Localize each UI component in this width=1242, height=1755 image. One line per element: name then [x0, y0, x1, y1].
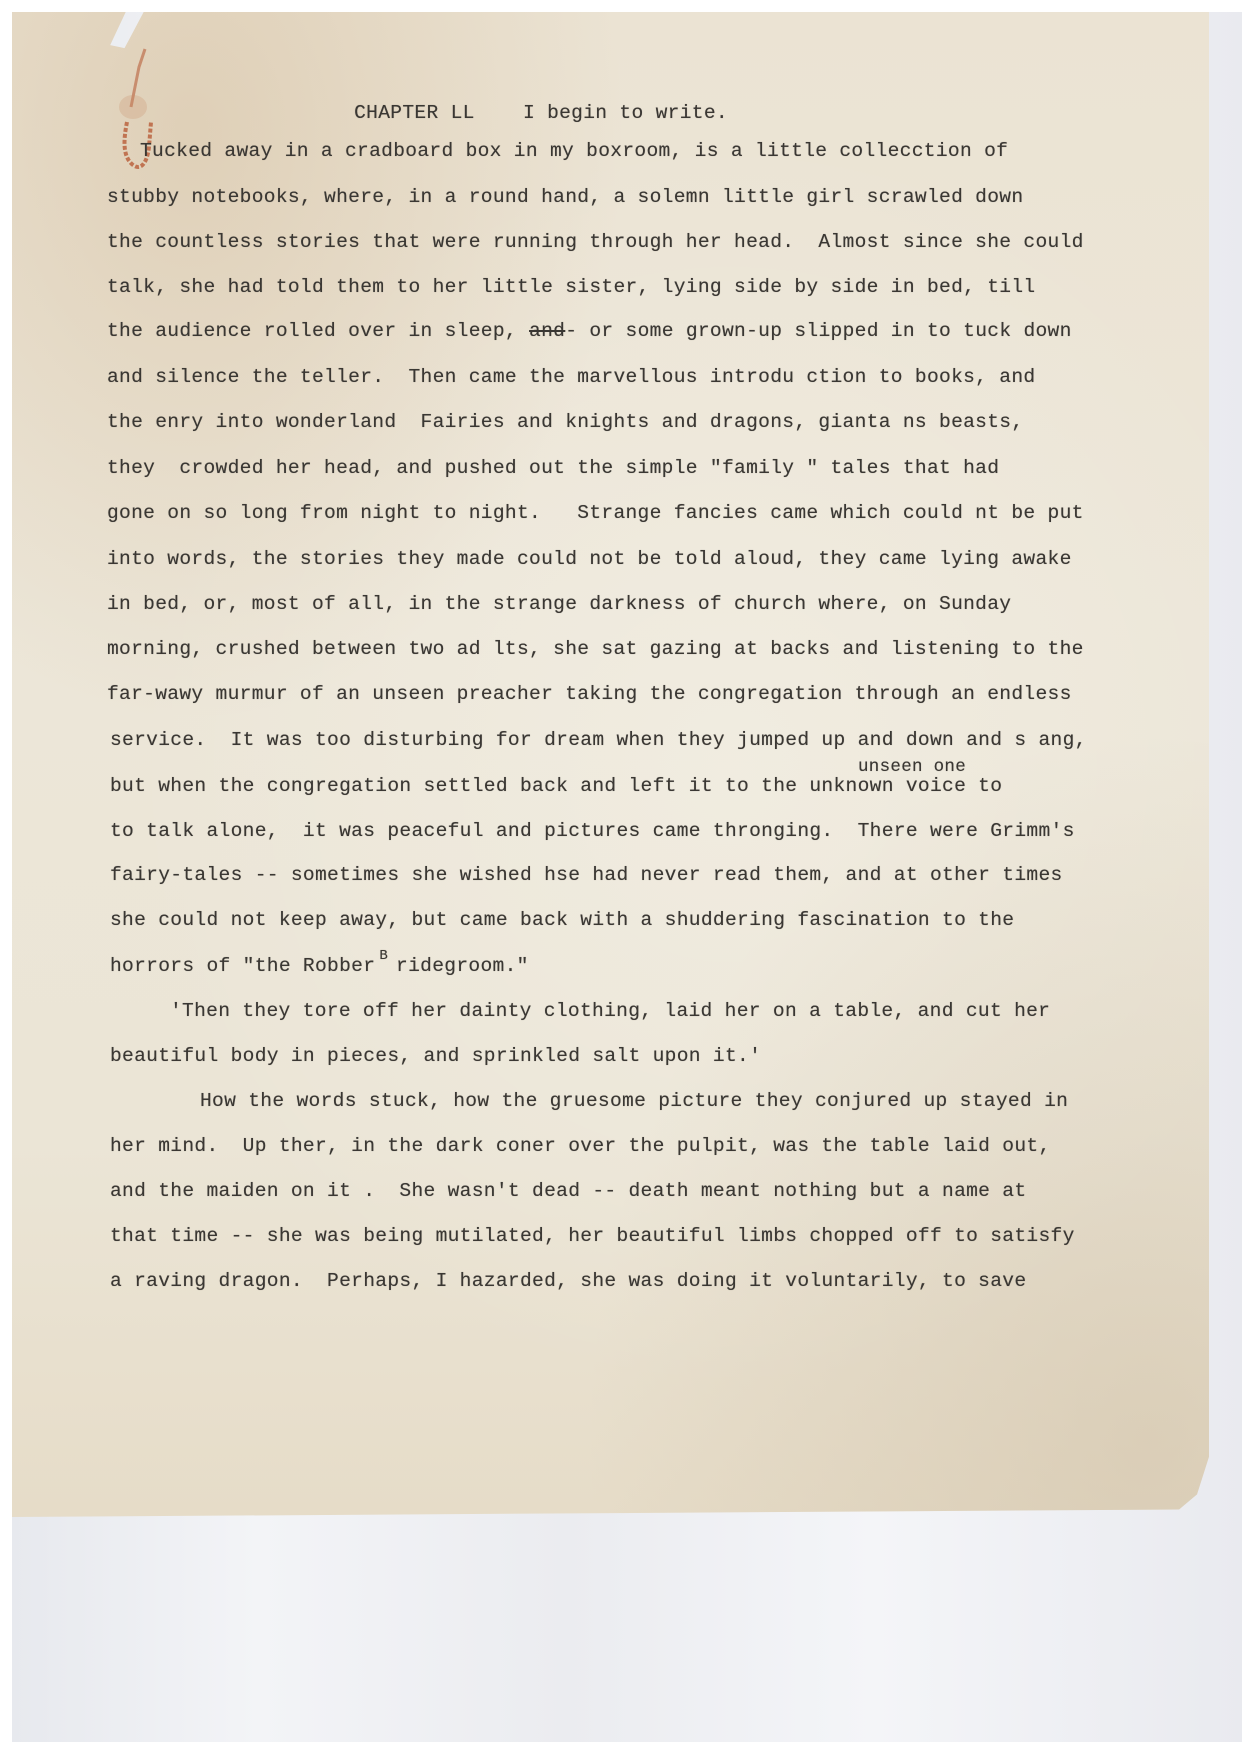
text-line: her mind. Up ther, in the dark coner ove… [110, 1135, 1051, 1157]
struck-word: and [529, 320, 565, 342]
text-line: she could not keep away, but came back w… [110, 909, 1014, 931]
text-line: the countless stories that were running … [107, 231, 1084, 253]
chapter-label: CHAPTER LL [354, 102, 475, 124]
text-line: beautiful body in pieces, and sprinkled … [110, 1045, 761, 1067]
text-line: to talk alone, it was peaceful and pictu… [110, 820, 1075, 842]
text-line: Tucked away in a cradboard box in my box… [140, 140, 1008, 162]
text-line: 'Then they tore off her dainty clothing,… [170, 1000, 1050, 1022]
text-line: they crowded her head, and pushed out th… [107, 457, 999, 479]
chapter-title: I begin to write. [523, 102, 728, 124]
text-line: that time -- she was being mutilated, he… [110, 1225, 1075, 1247]
text-line: a raving dragon. Perhaps, I hazarded, sh… [110, 1270, 1026, 1292]
text-line: in bed, or, most of all, in the strange … [107, 593, 1011, 615]
text-line: service. It was too disturbing for dream… [110, 729, 1087, 751]
text-line: and the maiden on it . She wasn't dead -… [110, 1180, 1026, 1202]
text-line: the enry into wonderland Fairies and kni… [107, 411, 1023, 433]
text-line: horrors of "the Robber Bridegroom." [110, 955, 529, 977]
text-line: How the words stuck, how the gruesome pi… [200, 1090, 1068, 1112]
text-line: fairy-tales -- sometimes she wished hse … [110, 864, 1063, 886]
text-line: the audience rolled over in sleep, and- … [107, 320, 1072, 342]
interlinear-insertion: unseen one [858, 757, 966, 777]
text-line: morning, crushed between two ad lts, she… [107, 638, 1084, 660]
text-line: talk, she had told them to her little si… [107, 276, 1035, 298]
text-line: into words, the stories they made could … [107, 548, 1072, 570]
handwritten-correction: B [379, 948, 388, 964]
text-line: and silence the teller. Then came the ma… [107, 366, 1035, 388]
chapter-heading: CHAPTER LL I begin to write. [330, 80, 728, 124]
text-line: but when the congregation settled back a… [110, 775, 1002, 797]
text-line: far-wawy murmur of an unseen preacher ta… [107, 683, 1072, 705]
text-line: stubby notebooks, where, in a round hand… [107, 186, 1023, 208]
text-line: gone on so long from night to night. Str… [107, 502, 1084, 524]
